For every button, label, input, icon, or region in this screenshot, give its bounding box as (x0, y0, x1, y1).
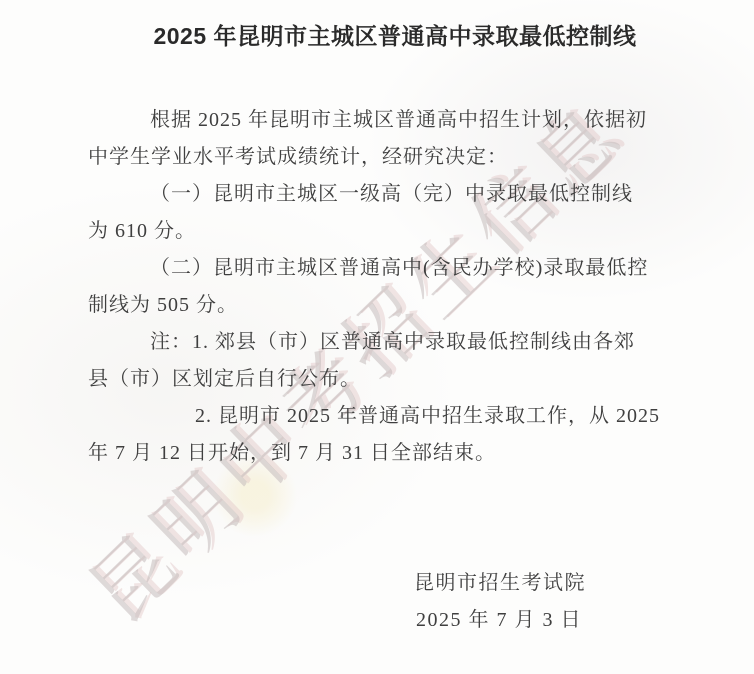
paragraph-item-1-line-2: 为 610 分。 (88, 213, 668, 250)
scanned-notice-page: 昆明中考招生信息 昆明中考招生信息 2025 年昆明市主城区普通高中录取最低控制… (0, 0, 754, 674)
notice-document: 2025 年昆明市主城区普通高中录取最低控制线 根据 2025 年昆明市主城区普… (0, 0, 754, 639)
paragraph-item-1: （一）昆明市主城区一级高（完）中录取最低控制线 为 610 分。 (88, 176, 668, 250)
paragraph-intro-line-1: 根据 2025 年昆明市主城区普通高中招生计划，依据初 (88, 102, 668, 139)
issuing-authority: 昆明市招生考试院 (88, 565, 586, 602)
paragraph-item-1-line-1: （一）昆明市主城区一级高（完）中录取最低控制线 (88, 176, 668, 213)
paragraph-item-2-line-1: （二）昆明市主城区普通高中(含民办学校)录取最低控 (88, 250, 668, 287)
paragraph-item-2-line-2: 制线为 505 分。 (88, 287, 668, 324)
paragraph-note-1: 注：1. 郊县（市）区普通高中录取最低控制线由各郊 县（市）区划定后自行公布。 (88, 324, 668, 398)
paragraph-note-1-line-2: 县（市）区划定后自行公布。 (88, 361, 668, 398)
paragraph-intro: 根据 2025 年昆明市主城区普通高中招生计划，依据初 中学生学业水平考试成绩统… (88, 102, 668, 176)
paragraph-note-2: 2. 昆明市 2025 年普通高中招生录取工作，从 2025 年 7 月 12 … (88, 398, 668, 472)
paragraph-intro-line-2: 中学生学业水平考试成绩统计，经研究决定： (88, 139, 668, 176)
issue-date: 2025 年 7 月 3 日 (88, 602, 586, 639)
paragraph-item-2: （二）昆明市主城区普通高中(含民办学校)录取最低控 制线为 505 分。 (88, 250, 668, 324)
notice-body: 根据 2025 年昆明市主城区普通高中招生计划，依据初 中学生学业水平考试成绩统… (88, 102, 668, 472)
paragraph-note-1-line-1: 注：1. 郊县（市）区普通高中录取最低控制线由各郊 (88, 324, 668, 361)
paragraph-note-2-line-1: 2. 昆明市 2025 年普通高中招生录取工作，从 2025 (88, 398, 668, 435)
page-title: 2025 年昆明市主城区普通高中录取最低控制线 (122, 20, 668, 52)
paragraph-note-2-line-2: 年 7 月 12 日开始，到 7 月 31 日全部结束。 (88, 435, 668, 472)
signature-block: 昆明市招生考试院 2025 年 7 月 3 日 (88, 565, 668, 639)
